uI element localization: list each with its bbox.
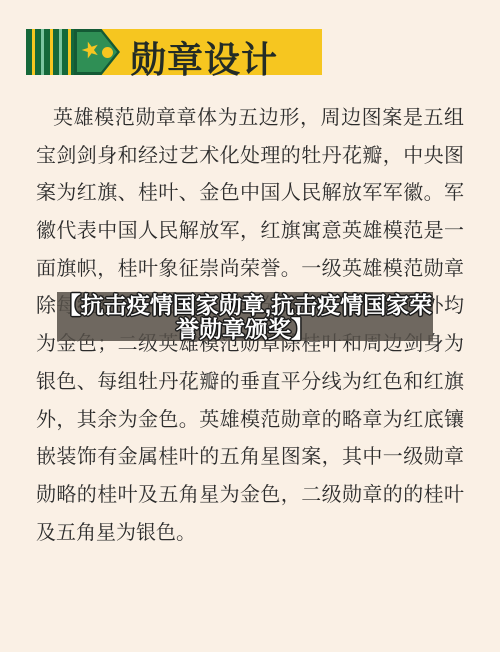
article-line: 英雄模范勋章章体为五边形，周边图案是五组 [36, 100, 464, 138]
ribbon-stripes-icon [26, 29, 74, 75]
article-line: 案为红旗、桂叶、金色中国人民解放军军徽。军 [36, 175, 464, 213]
header-banner: ★ 勋章设计 [26, 29, 322, 75]
article-line: 面旗帜，桂叶象征崇尚荣誉。一级英雄模范勋章 [36, 251, 464, 289]
article-line: 宝剑剑身和经过艺术化处理的牡丹花瓣，中央图 [36, 138, 464, 176]
article-line: 及五角星为银色。 [36, 515, 464, 553]
watermark-text: 【抗击疫情国家勋章,抗击疫情国家荣 誉勋章颁奖】 [40, 293, 450, 341]
article-line: 徽代表中国人民解放军，红旗寓意英雄模范是一 [36, 213, 464, 251]
watermark-line-2: 誉勋章颁奖】 [40, 317, 450, 341]
circle-dot-icon [102, 47, 113, 58]
article-line: 外，其余为金色。英雄模范勋章的略章为红底镶 [36, 402, 464, 440]
page-title: 勋章设计 [130, 32, 278, 83]
watermark-line-1: 【抗击疫情国家勋章,抗击疫情国家荣 [40, 293, 450, 317]
article-line: 嵌装饰有金属桂叶的五角星图案，其中一级勋章 [36, 439, 464, 477]
watermark-overlay: 【抗击疫情国家勋章,抗击疫情国家荣 誉勋章颁奖】 [57, 292, 433, 341]
article-line: 银色、每组牡丹花瓣的垂直平分线为红色和红旗 [36, 364, 464, 402]
page: ★ 勋章设计 英雄模范勋章章体为五边形，周边图案是五组 宝剑剑身和经过艺术化处理… [0, 0, 500, 652]
article-line: 勋略的桂叶及五角星为金色，二级勋章的的桂叶 [36, 477, 464, 515]
